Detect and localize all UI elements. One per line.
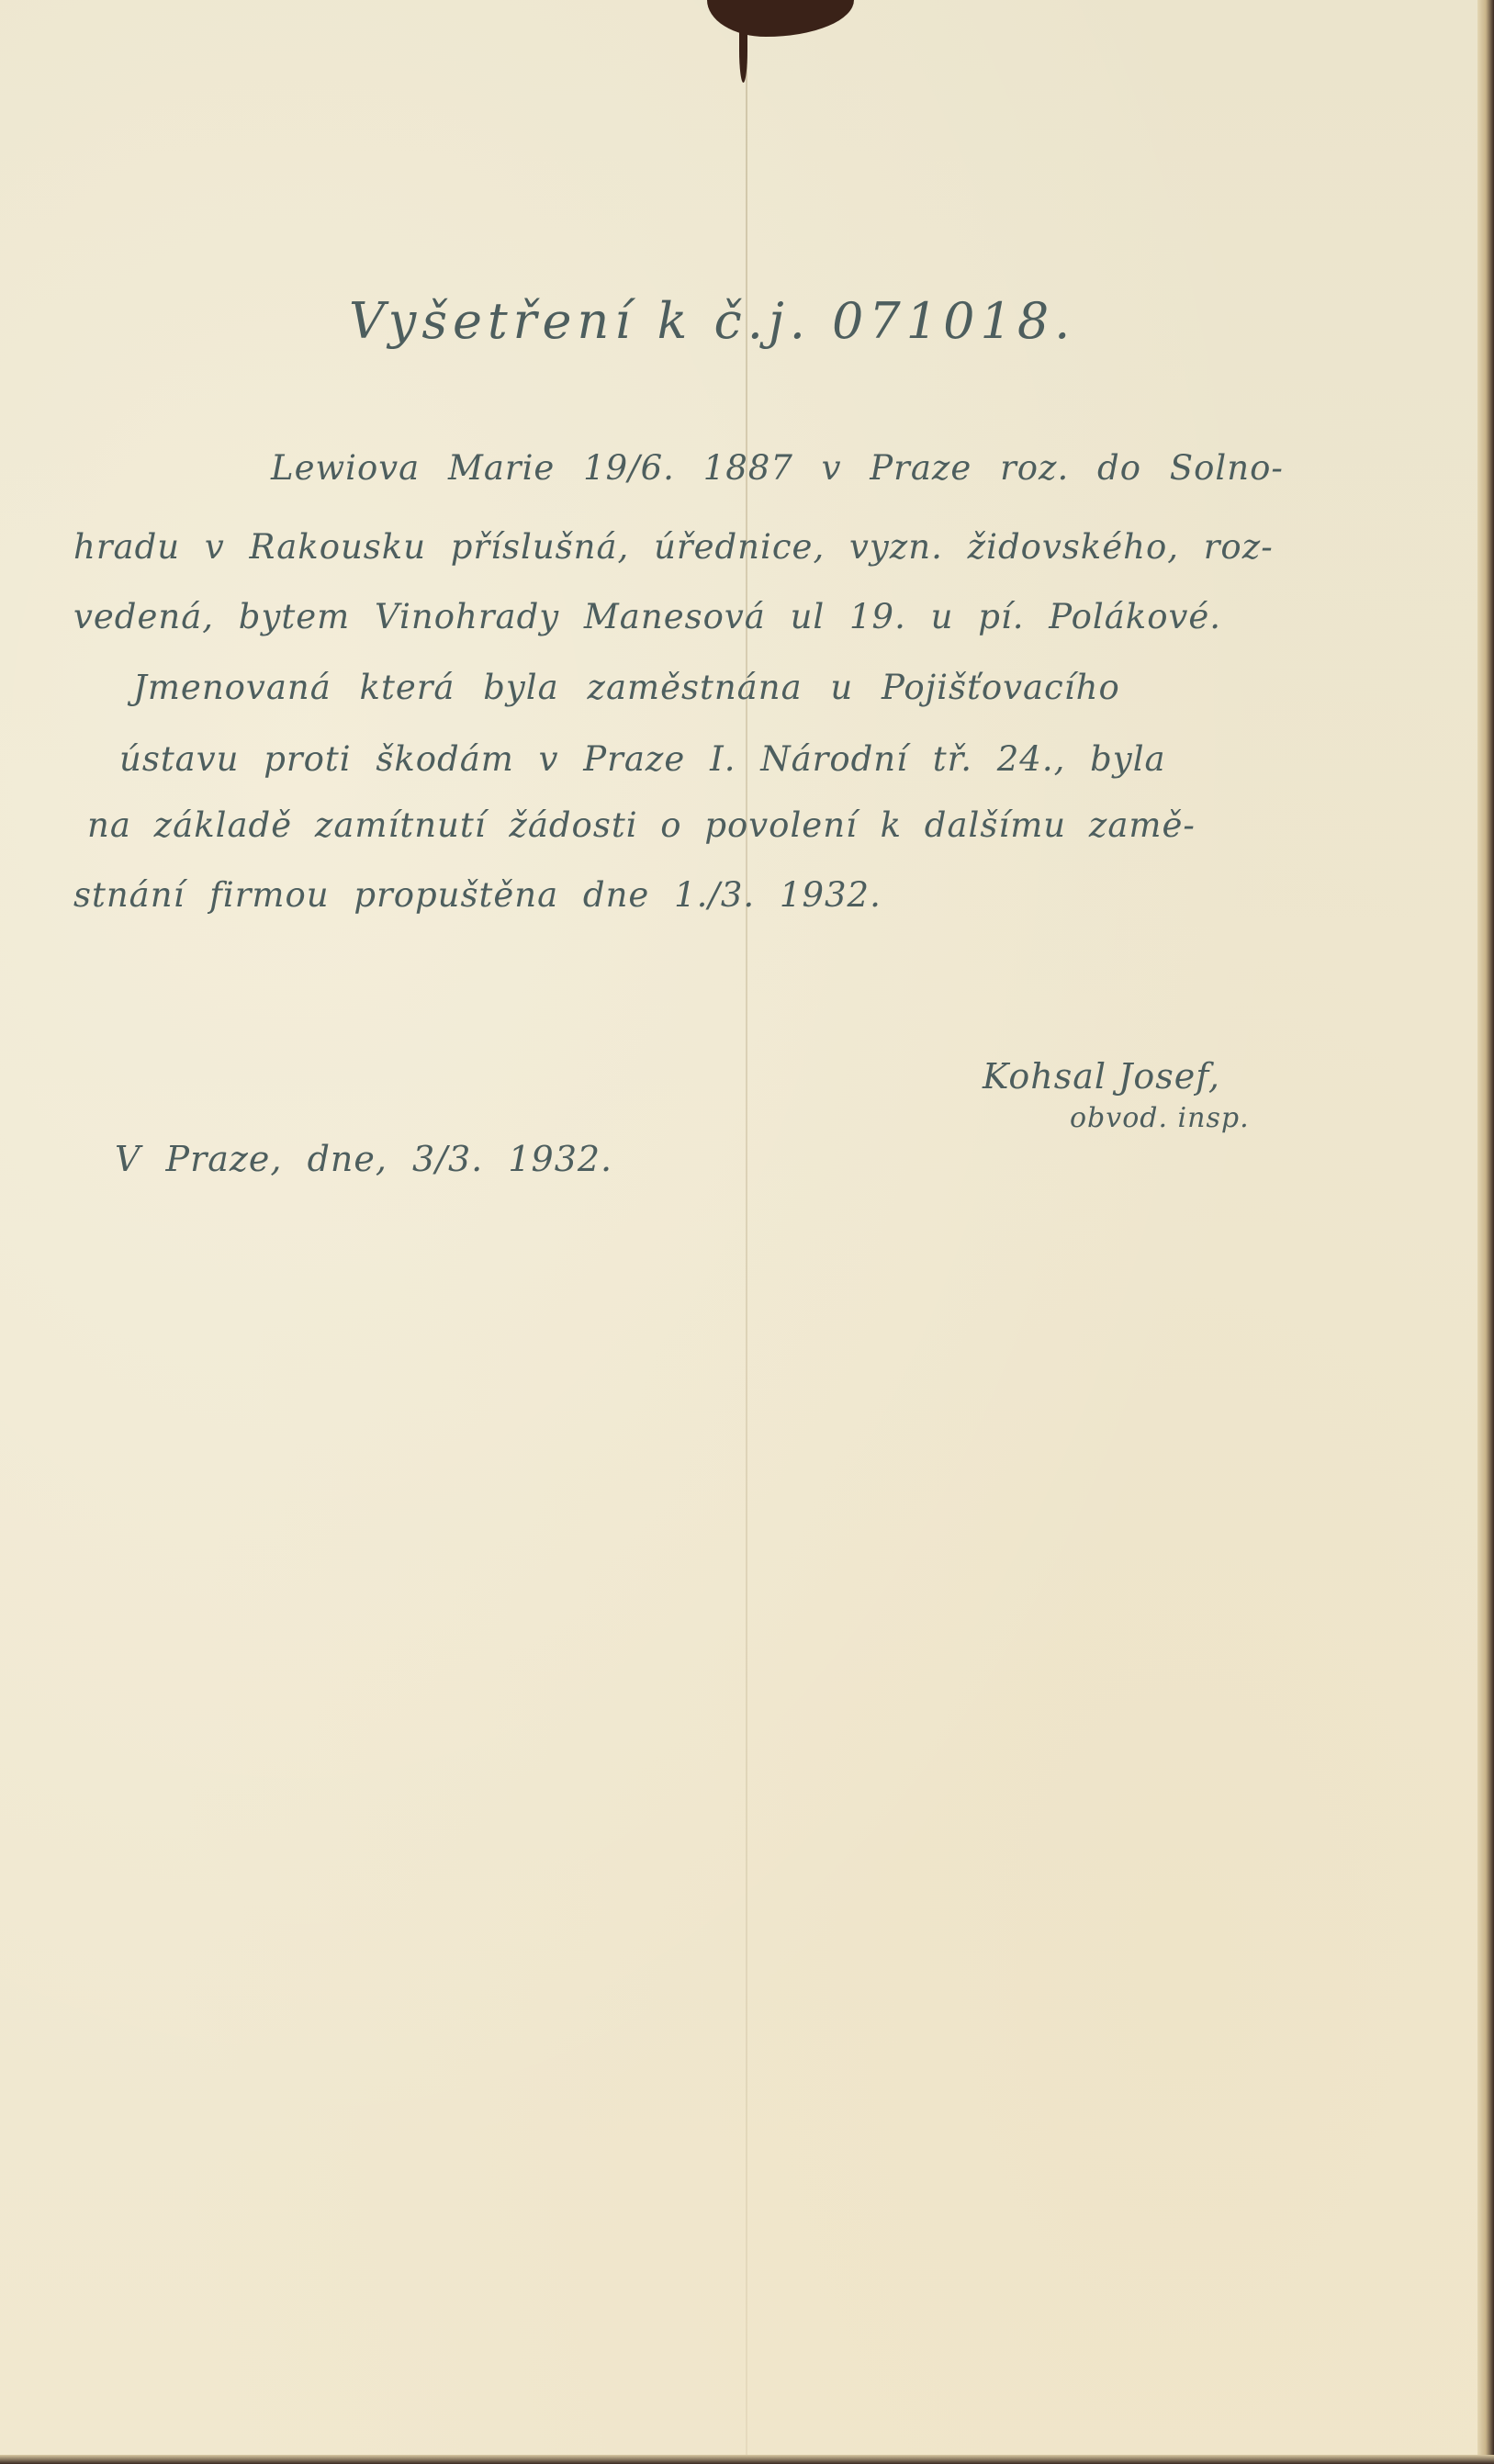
torn-edge-drip bbox=[739, 18, 747, 83]
document-title: Vyšetření k č.j. 071018. bbox=[349, 292, 1075, 350]
place-and-date: V Praze, dne, 3/3. 1932. bbox=[115, 1139, 612, 1179]
torn-edge-stain bbox=[707, 0, 854, 37]
signature-name: Kohsal Josef, bbox=[983, 1056, 1220, 1097]
body-line-3: vedená, bytem Vinohrady Manesová ul 19. … bbox=[73, 597, 1221, 636]
paper-edge-bottom bbox=[0, 2455, 1494, 2464]
fold-crease bbox=[746, 0, 747, 2464]
body-line-6: na základě zamítnutí žádosti o povolení … bbox=[87, 805, 1196, 845]
paper-sheet: Vyšetření k č.j. 071018. Lewiova Marie 1… bbox=[0, 0, 1478, 2457]
paper-edge-right bbox=[1477, 0, 1494, 2464]
body-line-5: ústavu proti škodám v Praze I. Národní t… bbox=[119, 739, 1166, 779]
signature-title: obvod. insp. bbox=[1070, 1102, 1250, 1134]
body-line-4: Jmenovaná která byla zaměstnána u Pojišť… bbox=[133, 668, 1120, 707]
body-line-2: hradu v Rakousku příslušná, úřednice, vy… bbox=[73, 527, 1274, 567]
body-line-1: Lewiova Marie 19/6. 1887 v Praze roz. do… bbox=[271, 448, 1284, 488]
body-line-7: stnání firmou propuštěna dne 1./3. 1932. bbox=[73, 875, 882, 915]
